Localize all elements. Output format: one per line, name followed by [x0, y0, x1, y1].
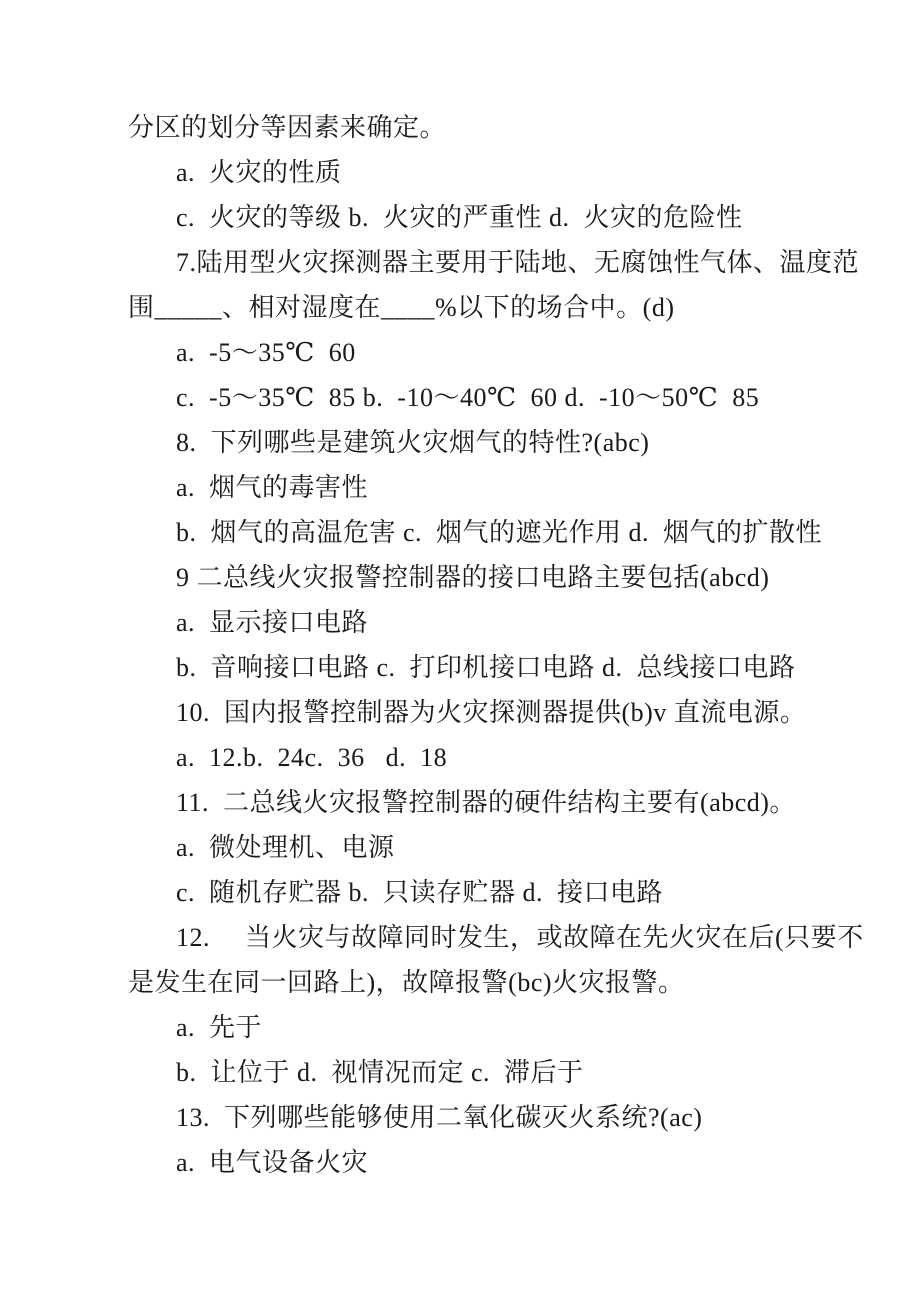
text-line: a. 显示接口电路 — [128, 600, 860, 645]
text-line: 分区的划分等因素来确定。 — [128, 105, 860, 150]
text-line: 13. 下列哪些能够使用二氧化碳灭火系统?(ac) — [128, 1095, 860, 1140]
text-line: b. 音响接口电路 c. 打印机接口电路 d. 总线接口电路 — [128, 645, 860, 690]
text-line: 是发生在同一回路上)，故障报警(bc)火灾报警。 — [128, 960, 860, 1005]
text-line: a. 12.b. 24c. 36 d. 18 — [128, 735, 860, 780]
text-line: a. -5～35℃ 60 — [128, 330, 860, 375]
text-line: c. -5～35℃ 85 b. -10～40℃ 60 d. -10～50℃ 85 — [128, 375, 860, 420]
document-body: 分区的划分等因素来确定。 a. 火灾的性质 c. 火灾的等级 b. 火灾的严重性… — [128, 105, 860, 1185]
text-line: 7.陆用型火灾探测器主要用于陆地、无腐蚀性气体、温度范 — [128, 240, 860, 285]
text-line: a. 烟气的毒害性 — [128, 465, 860, 510]
text-line: 12. 当火灾与故障同时发生，或故障在先火灾在后(只要不 — [128, 915, 860, 960]
text-line: b. 让位于 d. 视情况而定 c. 滞后于 — [128, 1050, 860, 1095]
text-line: c. 火灾的等级 b. 火灾的严重性 d. 火灾的危险性 — [128, 195, 860, 240]
text-line: c. 随机存贮器 b. 只读存贮器 d. 接口电路 — [128, 870, 860, 915]
text-line: a. 电气设备火灾 — [128, 1140, 860, 1185]
text-line: 围_____、相对湿度在____%以下的场合中。(d) — [128, 285, 860, 330]
text-line: a. 微处理机、电源 — [128, 825, 860, 870]
text-line: 8. 下列哪些是建筑火灾烟气的特性?(abc) — [128, 420, 860, 465]
text-line: 11. 二总线火灾报警控制器的硬件结构主要有(abcd)。 — [128, 780, 860, 825]
text-line: 9 二总线火灾报警控制器的接口电路主要包括(abcd) — [128, 555, 860, 600]
text-line: a. 火灾的性质 — [128, 150, 860, 195]
text-line: b. 烟气的高温危害 c. 烟气的遮光作用 d. 烟气的扩散性 — [128, 510, 860, 555]
text-line: a. 先于 — [128, 1005, 860, 1050]
text-line: 10. 国内报警控制器为火灾探测器提供(b)v 直流电源。 — [128, 690, 860, 735]
document-page: 分区的划分等因素来确定。 a. 火灾的性质 c. 火灾的等级 b. 火灾的严重性… — [0, 0, 920, 1302]
